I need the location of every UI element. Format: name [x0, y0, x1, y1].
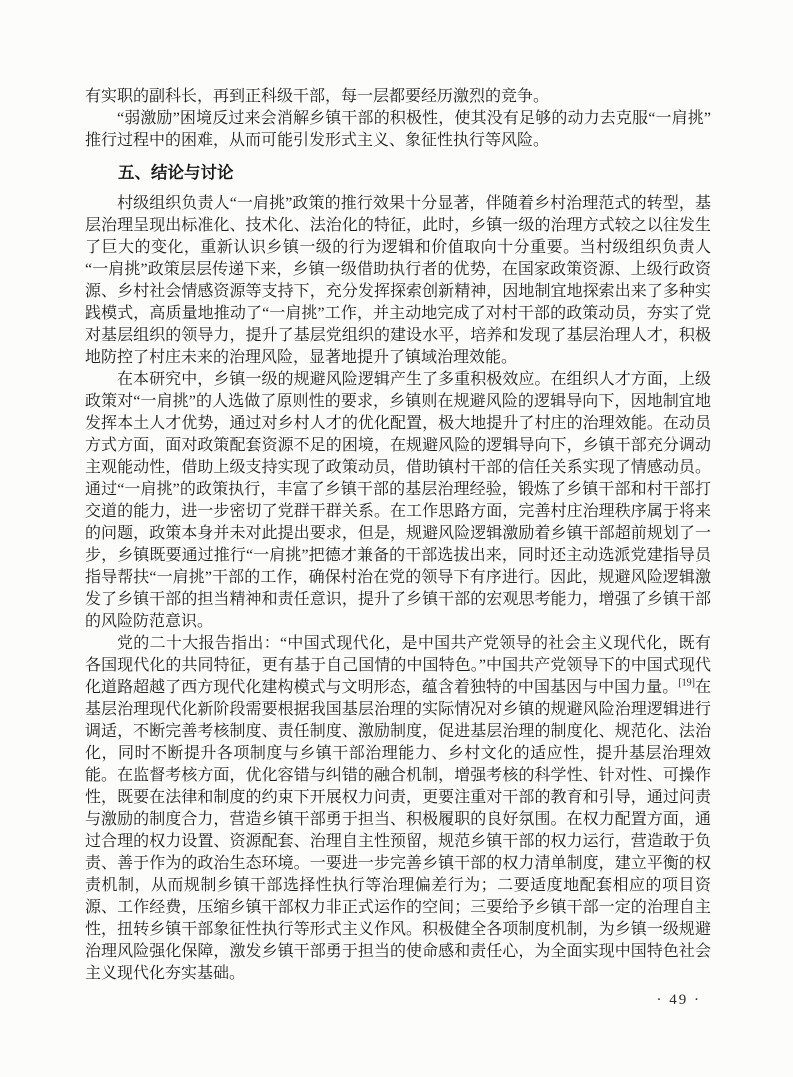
paragraph-multi-effects: 在本研究中，乡镇一级的规避风险逻辑产生了多重积极效应。在组织人才方面，上级政策对… [85, 369, 711, 633]
paragraph-modernization: 党的二十大报告指出：“中国式现代化，是中国共产党领导的社会主义现代化，既有各国现… [85, 633, 711, 985]
paragraph-modernization-text-1: 党的二十大报告指出：“中国式现代化，是中国共产党领导的社会主义现代化，既有各国现… [85, 635, 711, 696]
section-heading: 五、结论与讨论 [85, 162, 711, 184]
paper-page: 有实职的副科长，再到正科级干部，每一层都要经历激烈的竞争。 “弱激励”困境反过来… [0, 0, 793, 1077]
page-number: · 49 · [657, 992, 702, 1009]
paragraph-weak-incentive: “弱激励”困境反过来会消解乡镇干部的积极性，使其没有足够的动力去克服“一肩挑”推… [85, 108, 711, 152]
paragraph-modernization-text-2: 在基层治理现代化新阶段需要根据我国基层治理的实际情况对乡镇的规避风险治理逻辑进行… [85, 679, 711, 982]
paragraph-continuation: 有实职的副科长，再到正科级干部，每一层都要经历激烈的竞争。 [85, 86, 711, 108]
page-body: 有实职的副科长，再到正科级干部，每一层都要经历激烈的竞争。 “弱激励”困境反过来… [85, 86, 711, 985]
paragraph-conclusion-overview: 村级组织负责人“一肩挑”政策的推行效果十分显著，伴随着乡村治理范式的转型，基层治… [85, 193, 711, 369]
citation-ref-19: [19] [678, 678, 695, 689]
